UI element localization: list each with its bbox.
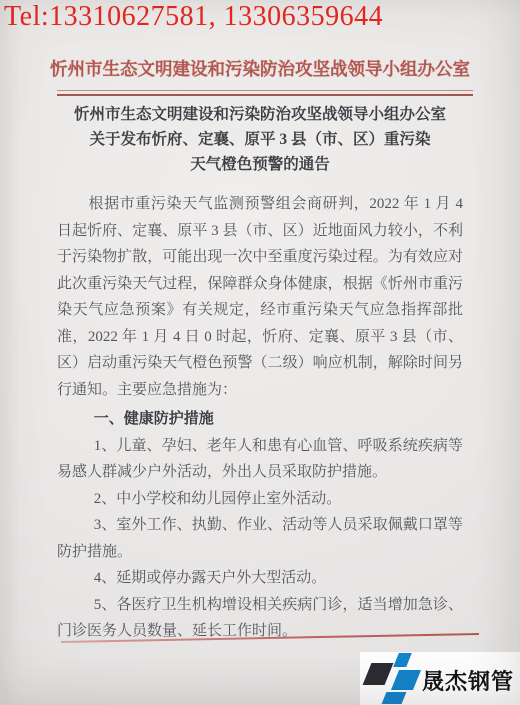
measure-item-3: 3、室外工作、执勤、作业、活动等人员采取佩戴口罩等防护措施。 [57, 512, 463, 565]
intro-paragraph: 根据市重污染天气监测预警组会商研判，2022 年 1 月 4 日起忻府、定襄、原… [57, 191, 463, 403]
brand-logo-dark-parallelogram-icon [363, 663, 394, 685]
brand-watermark: 晟杰钢管 [360, 652, 520, 705]
title-line-1: 忻州市生态文明建设和污染防治攻坚战领导小组办公室 [0, 102, 520, 127]
phone-number-banner: Tel:13310627581, 13306359644 [4, 1, 383, 33]
title-line-3: 天气橙色预警的通告 [0, 152, 520, 177]
letterhead-divider [57, 90, 473, 96]
title-line-2: 关于发布忻府、定襄、原平 3 县（市、区）重污染 [0, 127, 520, 152]
brand-logo-blue-bottom-parallelogram-icon [382, 692, 407, 704]
document-body: 根据市重污染天气监测预警组会商研判，2022 年 1 月 4 日起忻府、定襄、原… [57, 191, 463, 645]
brand-logo-blue-middle-parallelogram-icon [391, 670, 421, 690]
measure-item-2: 2、中小学校和幼儿园停止室外活动。 [57, 486, 463, 513]
document-photo: Tel:13310627581, 13306359644 忻州市生态文明建设和污… [0, 0, 520, 705]
measure-item-4: 4、延期或停办露天户外大型活动。 [57, 565, 463, 592]
measure-item-1: 1、儿童、孕妇、老年人和患有心血管、呼吸系统疾病等易感人群减少户外活动，外出人员… [57, 433, 463, 486]
section-heading-health-protection: 一、健康防护措施 [57, 406, 463, 433]
document-title: 忻州市生态文明建设和污染防治攻坚战领导小组办公室 关于发布忻府、定襄、原平 3 … [0, 102, 520, 177]
brand-logo-blue-top-parallelogram-icon [393, 653, 412, 667]
letterhead-org-name: 忻州市生态文明建设和污染防治攻坚战领导小组办公室 [0, 56, 520, 81]
brand-name: 晟杰钢管 [422, 665, 514, 696]
